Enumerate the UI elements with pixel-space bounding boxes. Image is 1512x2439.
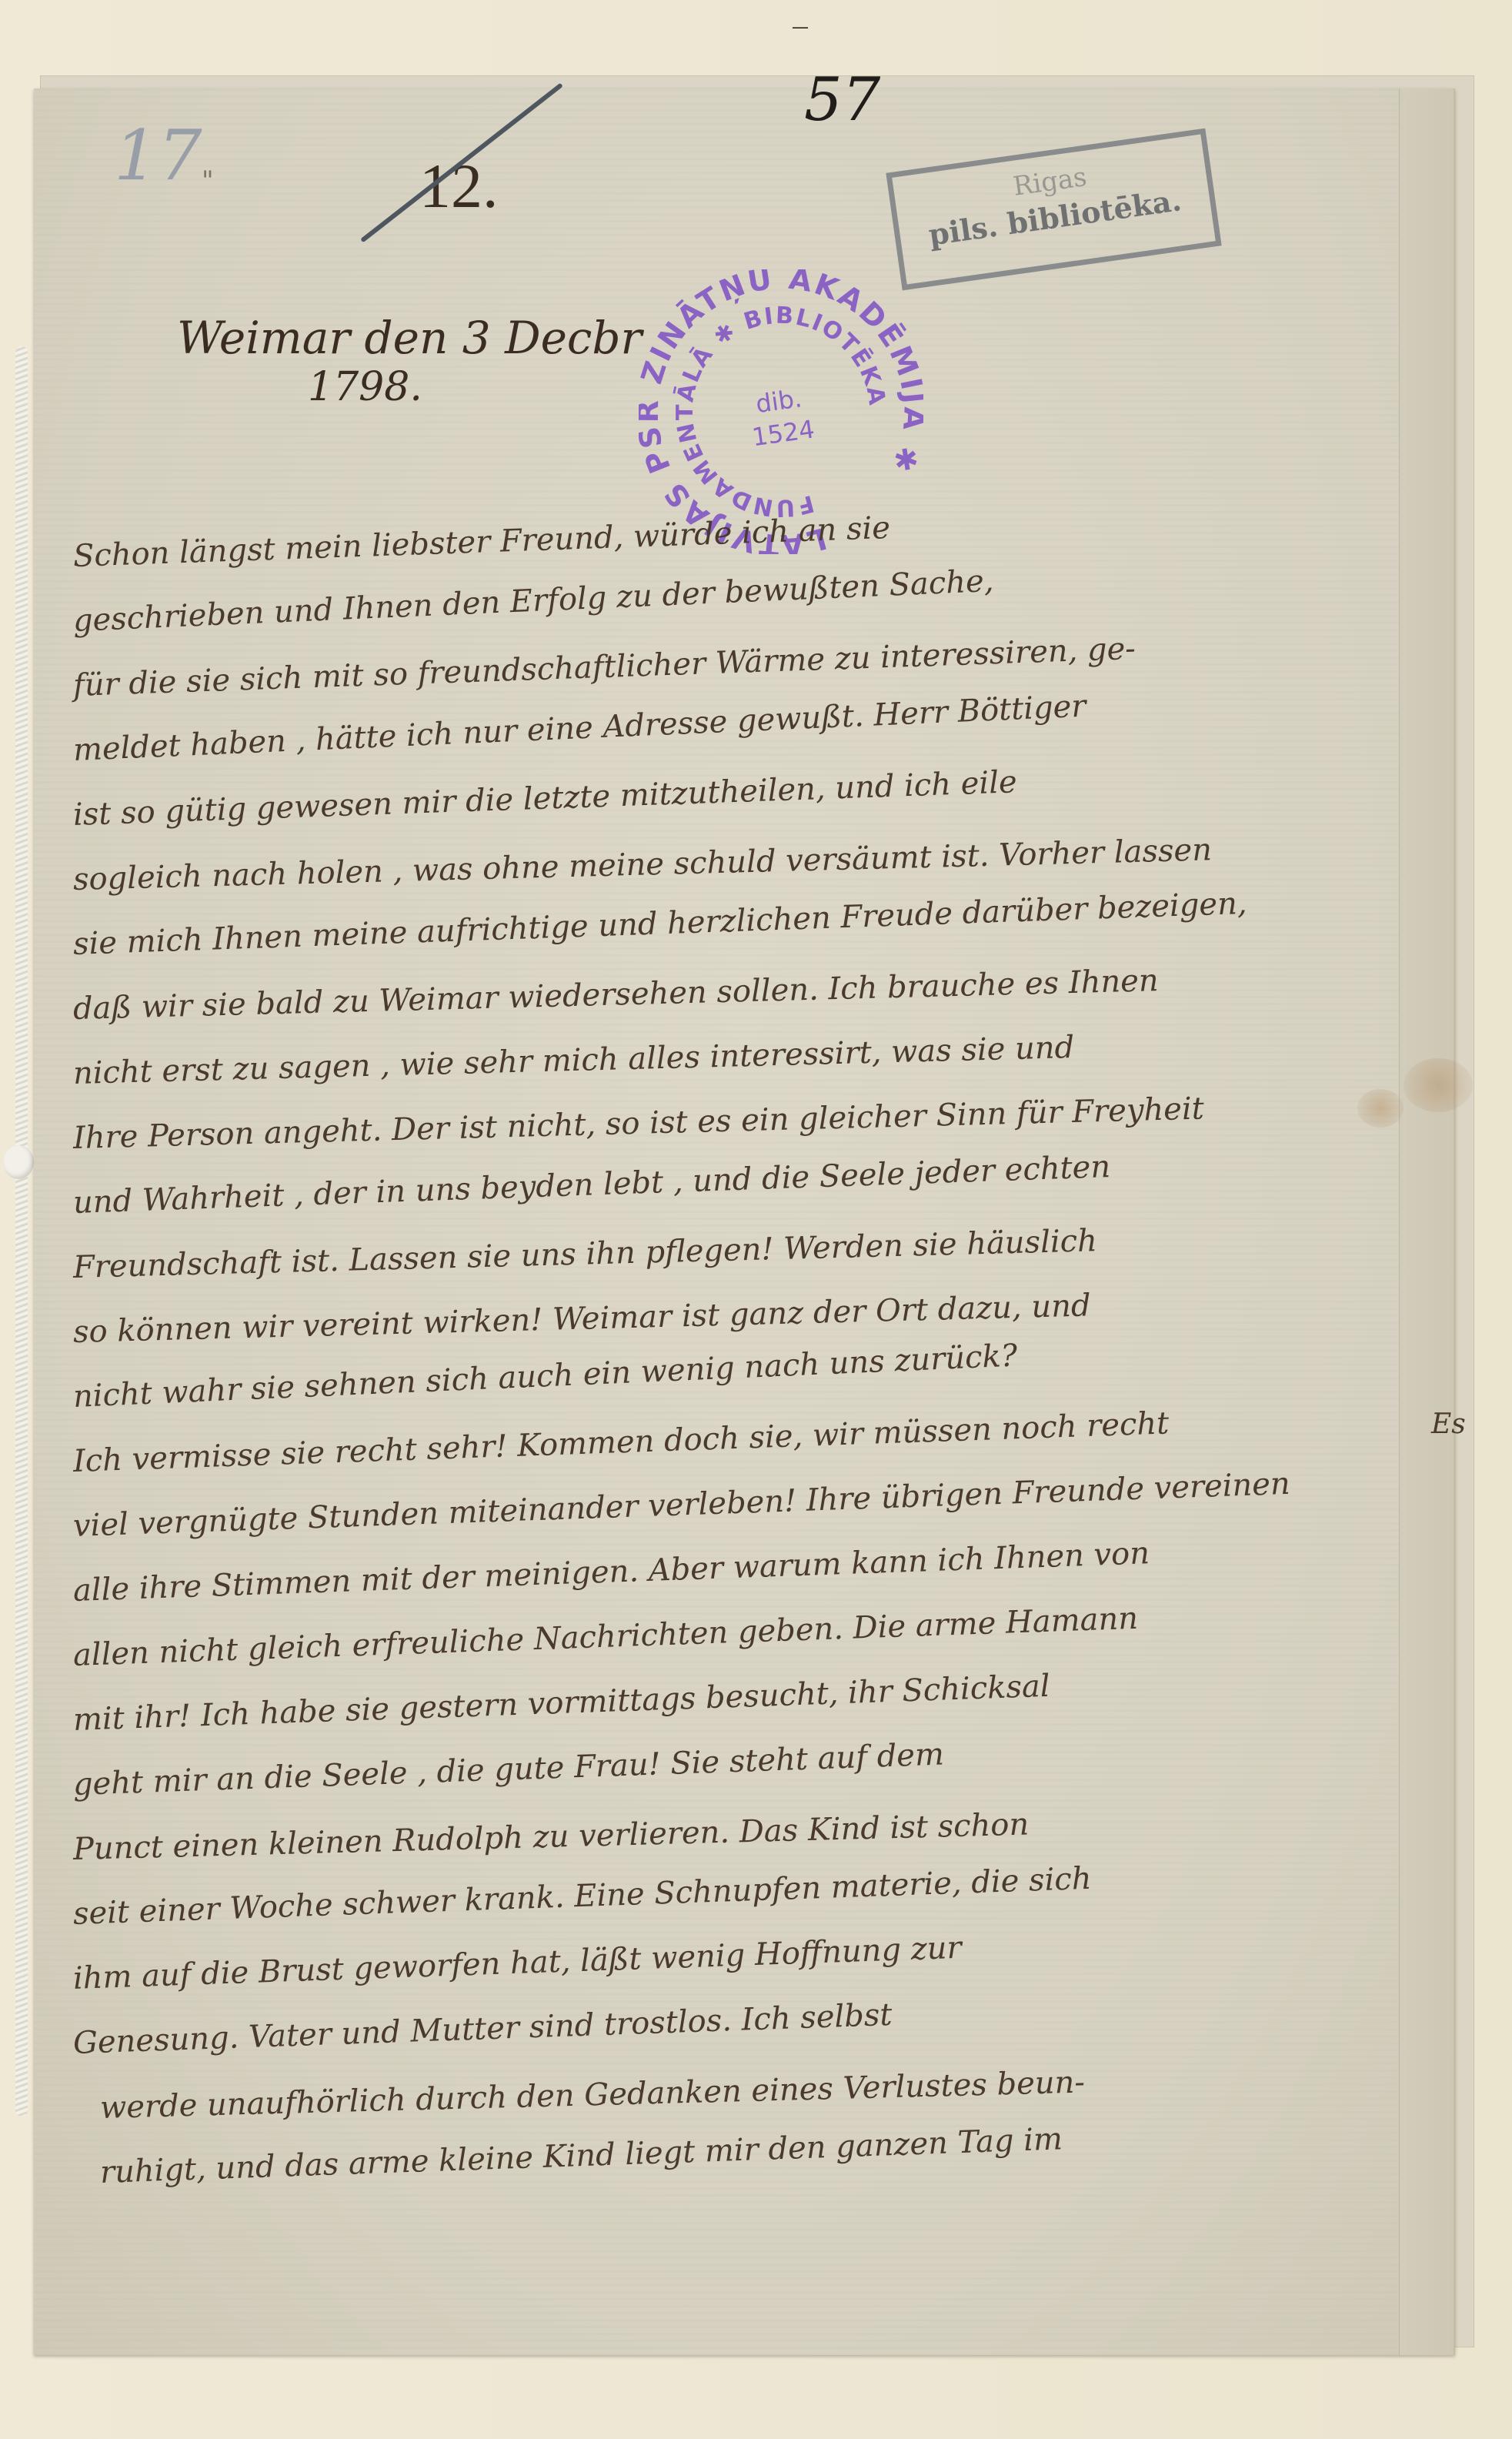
paper-stain	[1404, 1058, 1473, 1112]
folio-number: 57	[804, 65, 880, 135]
pencil-dot-mark: "	[202, 165, 214, 196]
page-fold-strip	[1399, 89, 1454, 2355]
folio-top-mark: ‾	[793, 23, 808, 58]
letter-heading: Weimar den 3 Decbr 1798.	[177, 312, 642, 410]
pencil-marginalia: 17	[114, 115, 202, 196]
binding-knot	[3, 1145, 34, 1179]
year: 1798.	[308, 364, 642, 410]
right-margin-note: Es	[1431, 1408, 1466, 1440]
place-date: Weimar den 3 Decbr	[177, 312, 642, 364]
binding-string	[15, 346, 28, 2117]
